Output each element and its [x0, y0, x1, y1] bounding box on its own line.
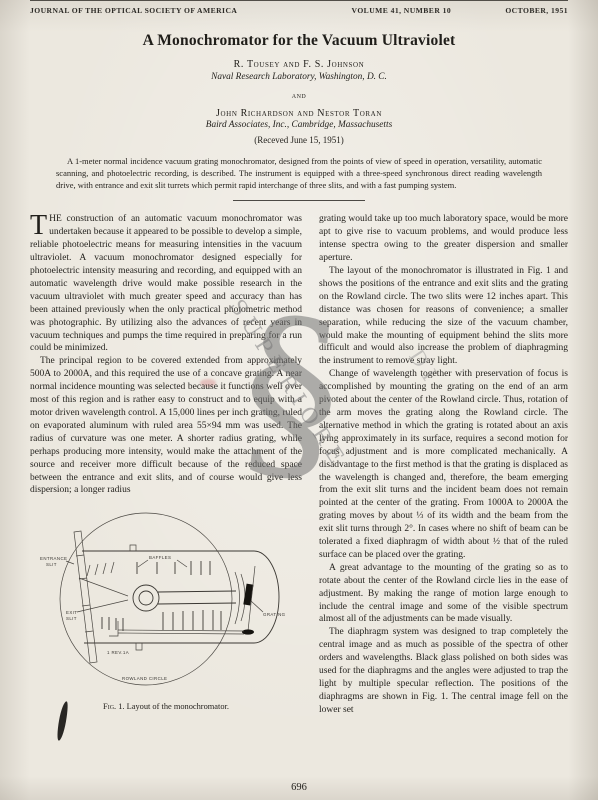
- authors-line-2: John Richardson and Nestor Toran: [30, 108, 568, 121]
- figure-caption: Fig. 1. Layout of the monochromator.: [30, 701, 302, 714]
- dropcap-letter: T: [30, 213, 49, 237]
- journal-volume: VOLUME 41, NUMBER 10: [352, 6, 452, 15]
- byline-block: R. Tousey and F. S. Johnson Naval Resear…: [30, 59, 568, 146]
- rowland-circle-outline: [60, 513, 232, 685]
- slit-turret-mark: [76, 555, 84, 556]
- lead-screw-top: [118, 630, 244, 631]
- section-divider-rule: [233, 200, 365, 201]
- grating-mount-arc: [235, 572, 240, 624]
- baffles-leader-left: [138, 560, 148, 567]
- figure-1: ENTRANCE SLIT EXIT SLIT BAFFLES GRATING …: [30, 504, 302, 714]
- exit-slit-label: EXIT: [66, 610, 77, 615]
- grating-mount-arc: [241, 574, 245, 621]
- right-column: grating would take up too much laborator…: [319, 213, 568, 716]
- rowland-circle-label: ROWLAND CIRCLE: [122, 676, 167, 681]
- paragraph-2: The principal region to be covered exten…: [30, 355, 302, 497]
- received-date: (Receved June 15, 1951): [30, 135, 568, 146]
- rev-label: 1 REV.1A: [107, 650, 129, 655]
- authors-line-1: R. Tousey and F. S. Johnson: [30, 59, 568, 72]
- figure-caption-text: Layout of the monochromator.: [125, 702, 229, 711]
- chamber-notch-bottom: [136, 643, 142, 650]
- journal-header: JOURNAL OF THE OPTICAL SOCIETY OF AMERIC…: [30, 0, 568, 15]
- entrance-slit-label: ENTRANCE: [40, 556, 67, 561]
- chamber-notch-top: [130, 545, 136, 551]
- journal-page: JOURNAL OF THE OPTICAL SOCIETY OF AMERIC…: [0, 0, 598, 800]
- paragraph-3: grating would take up too much laborator…: [319, 213, 568, 265]
- pivot-inner: [139, 591, 153, 605]
- entrance-slit-label-2: SLIT: [46, 562, 57, 567]
- paragraph-6: A great advantage to the mounting of the…: [319, 562, 568, 627]
- journal-date: OCTOBER, 1951: [505, 6, 568, 15]
- figure-caption-label: Fig. 1.: [103, 702, 124, 711]
- two-column-body: THE construction of an automatic vacuum …: [30, 213, 568, 716]
- pivot-outer: [133, 585, 159, 611]
- baffles-leader-right: [177, 560, 187, 567]
- beam-line-upper: [79, 578, 128, 596]
- screw-end-bracket: [109, 621, 118, 636]
- baffle-tick: [111, 562, 114, 573]
- affiliation-1: Naval Research Laboratory, Washington, D…: [30, 72, 568, 84]
- grating-arm-top: [158, 591, 236, 592]
- grating-label: GRATING: [263, 612, 286, 617]
- grating-leader: [251, 601, 263, 612]
- article-title: A Monochromator for the Vacuum Ultraviol…: [30, 32, 568, 50]
- paragraph-5: Change of wavelength together with prese…: [319, 368, 568, 562]
- abstract: A 1-meter normal incidence vacuum gratin…: [56, 155, 542, 191]
- entrance-leader: [66, 561, 74, 564]
- page-number: 696: [0, 782, 598, 793]
- grating-arm-bottom: [158, 603, 236, 604]
- baffle-tick: [87, 565, 90, 576]
- paragraph-7: The diaphragm system was designed to tra…: [319, 626, 568, 716]
- baffles-label: BAFFLES: [149, 555, 171, 560]
- exit-slit-label-2: SLIT: [66, 616, 77, 621]
- paragraph-1-text: HE construction of an automatic vacuum m…: [30, 214, 302, 353]
- baffle-tick: [95, 564, 98, 575]
- paragraph-1: THE construction of an automatic vacuum …: [30, 213, 302, 355]
- and-separator: and: [30, 90, 568, 101]
- paragraph-4: The layout of the monochromator is illus…: [319, 265, 568, 368]
- left-column: THE construction of an automatic vacuum …: [30, 213, 302, 716]
- baffle-tick: [103, 563, 106, 574]
- page-content: JOURNAL OF THE OPTICAL SOCIETY OF AMERIC…: [30, 0, 568, 717]
- affiliation-2: Baird Associates, Inc., Cambridge, Massa…: [30, 120, 568, 132]
- journal-name: JOURNAL OF THE OPTICAL SOCIETY OF AMERIC…: [30, 6, 237, 15]
- monochromator-diagram: ENTRANCE SLIT EXIT SLIT BAFFLES GRATING …: [30, 504, 302, 696]
